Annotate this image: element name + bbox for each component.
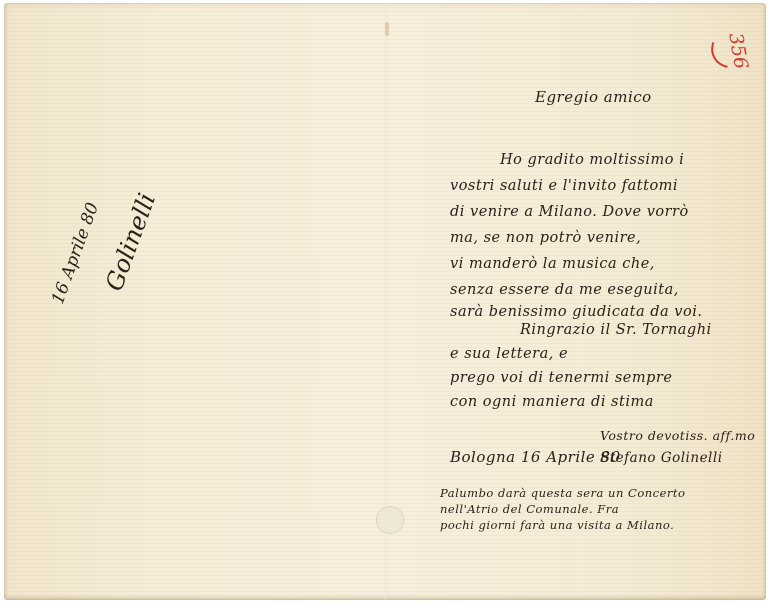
paper-stain (385, 22, 389, 36)
body-line: vi manderò la musica che, (450, 256, 655, 272)
postscript-line: Palumbo darà questa sera un Concerto (440, 486, 685, 500)
body-line: prego voi di tenermi sempre (450, 370, 672, 386)
greeting: Egregio amico (535, 88, 652, 106)
body-line: di venire a Milano. Dove vorrò (450, 204, 689, 220)
letter-date: Bologna 16 Aprile 80 (450, 448, 621, 466)
body-line: Ringrazio il Sr. Tornaghi (520, 322, 712, 338)
body-line: Ho gradito moltissimo i (500, 152, 684, 168)
body-line: e sua lettera, e (450, 346, 568, 362)
signature: Stefano Golinelli (600, 450, 723, 466)
body-line: sarà benissimo giudicata da voi. (450, 304, 702, 320)
body-line: vostri saluti e l'invito fattomi (450, 178, 678, 194)
closing: Vostro devotiss. aff.mo (600, 428, 755, 443)
body-line: con ogni maniera di stima (450, 394, 654, 410)
embossed-stamp (376, 506, 404, 534)
postscript-line: nell'Atrio del Comunale. Fra (440, 502, 619, 516)
body-line: ma, se non potrò venire, (450, 230, 641, 246)
body-line: senza essere da me eseguita, (450, 282, 679, 298)
postscript-line: pochi giorni farà una visita a Milano. (440, 518, 674, 532)
